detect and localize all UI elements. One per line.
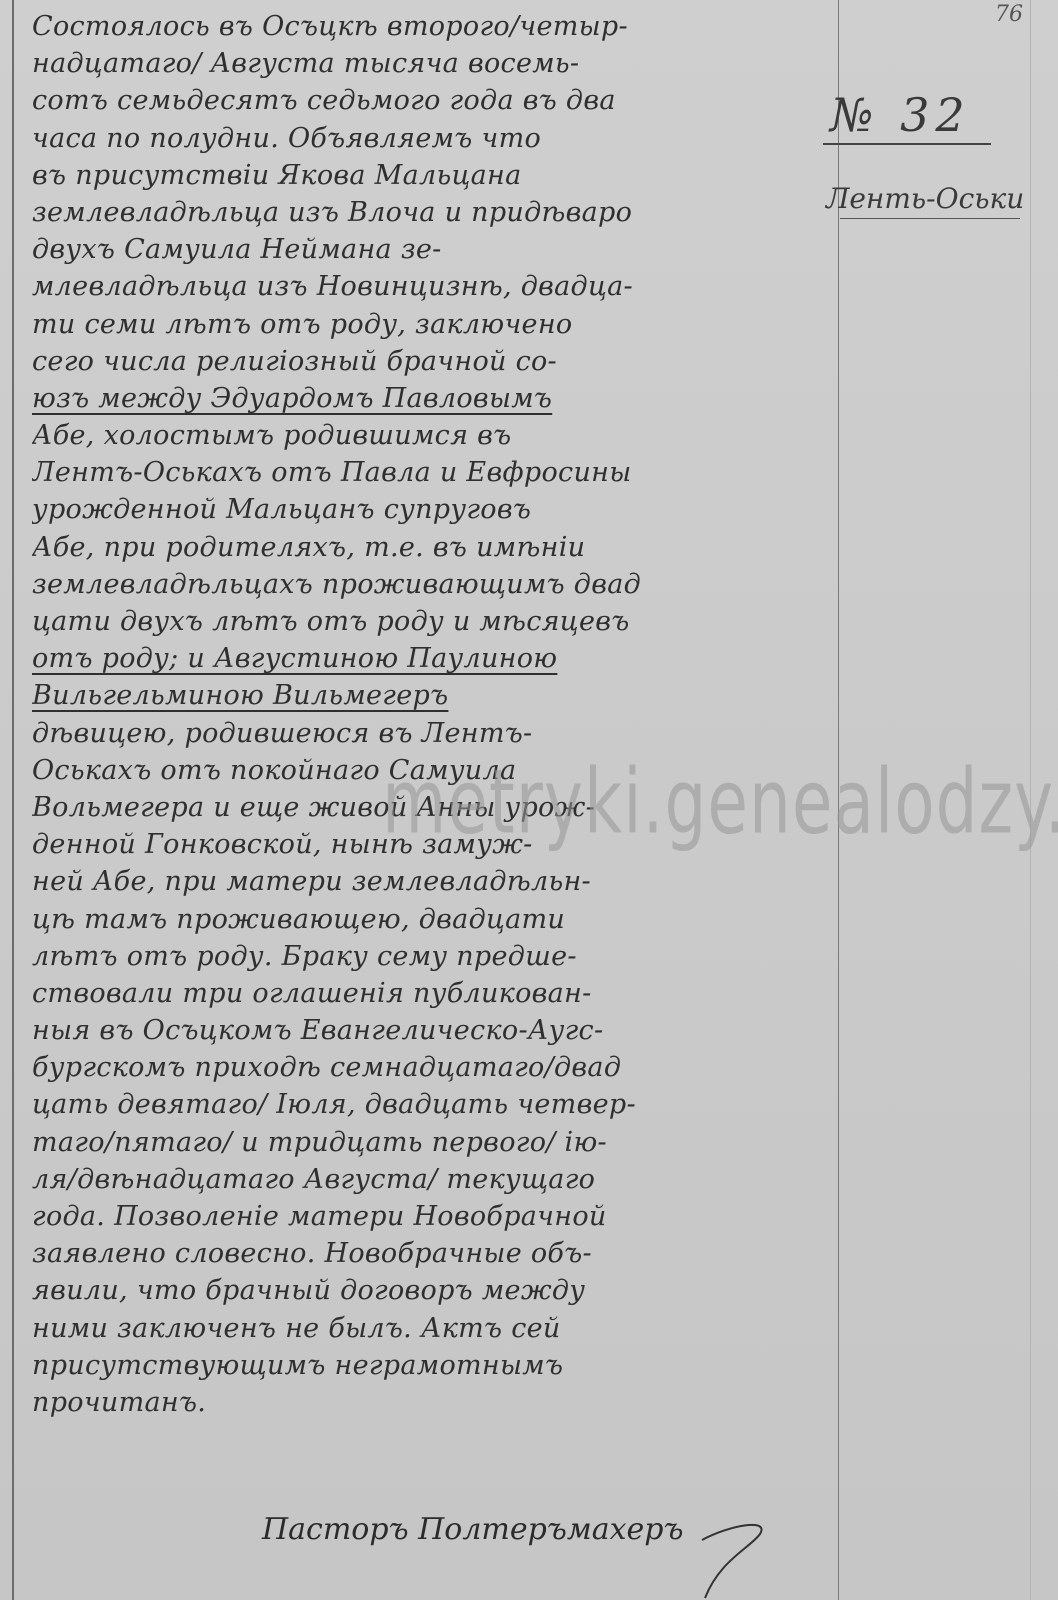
- text-line: прочитанъ.: [32, 1384, 832, 1421]
- text-line: явили, что брачный договоръ между: [32, 1272, 832, 1309]
- text-line: землевладѣльца изъ Влоча и придѣваро: [32, 194, 832, 231]
- text-line: года. Позволеніе матери Новобрачной: [32, 1198, 832, 1235]
- text-line: часа по полудни. Объявляемъ что: [32, 120, 832, 157]
- text-line: дѣвицею, родившеюся въ Лентъ-: [32, 715, 832, 752]
- text-line: землевладѣльцахъ проживающимъ двад: [32, 566, 832, 603]
- record-number-underline: [823, 143, 991, 145]
- text-line: ти семи лѣтъ отъ роду, заключено: [32, 306, 832, 343]
- text-line: цать девятаго/ Іюля, двадцать четвер-: [32, 1086, 832, 1123]
- text-line: сего числа религіозный брачной со-: [32, 343, 832, 380]
- text-line: ней Абе, при матери землевладѣльн-: [32, 863, 832, 900]
- text-line: цѣ тамъ проживающею, двадцати: [32, 901, 832, 938]
- record-number: № 32: [830, 88, 1000, 142]
- text-line: Состоялось въ Осъцкѣ второго/четыр-: [32, 8, 832, 45]
- text-line: въ присутствіи Якова Мальцана: [32, 157, 832, 194]
- text-line: Абе, при родителяхъ, т.е. въ имѣніи: [32, 529, 832, 566]
- text-line-groom-name: юзъ между Эдуардомъ Павловымъ: [32, 380, 832, 417]
- place-name-underline: [840, 218, 1020, 219]
- text-line: ствовали три оглашенія публикован-: [32, 975, 832, 1012]
- text-line: цати двухъ лѣтъ отъ роду и мѣсяцевъ: [32, 603, 832, 640]
- text-line: присутствующимъ неграмотнымъ: [32, 1347, 832, 1384]
- pastor-signature: Пасторъ Полтеръмахеръ: [262, 1512, 683, 1547]
- text-line: бургскомъ приходѣ семнадцатаго/двад: [32, 1049, 832, 1086]
- record-text: Состоялось въ Осъцкѣ второго/четыр- надц…: [32, 8, 832, 1421]
- text-line: заявлено словесно. Новобрачные объ-: [32, 1235, 832, 1272]
- binding-rule: [12, 0, 14, 1600]
- text-line: Абе, холостымъ родившимся въ: [32, 417, 832, 454]
- place-name: Ленть-Оськи: [826, 182, 1036, 215]
- watermark: metryki.genealodzy.pl: [382, 750, 1058, 854]
- text-line: надцатаго/ Августа тысяча восемь-: [32, 45, 832, 82]
- text-line: млевладѣльца изъ Новинцизнѣ, двадца-: [32, 268, 832, 305]
- text-line: двухъ Самуила Неймана зе-: [32, 231, 832, 268]
- signature-flourish-icon: [700, 1520, 800, 1600]
- text-line: Лентъ-Оськахъ отъ Павла и Евфросины: [32, 454, 832, 491]
- text-line-bride-name: отъ роду; и Августиною Паулиною: [32, 640, 832, 677]
- page-number: 76: [995, 2, 1023, 27]
- document-page: 76 № 32 Ленть-Оськи Состоялось въ Осъцкѣ…: [0, 0, 1058, 1600]
- text-line: ля/двѣнадцатаго Августа/ текущаго: [32, 1161, 832, 1198]
- text-line: таго/пятаго/ и тридцать первого/ ію-: [32, 1124, 832, 1161]
- text-line-bride-name: Вильгельминою Вильмегеръ: [32, 677, 832, 714]
- text-line: урожденной Мальцанъ супруговъ: [32, 491, 832, 528]
- text-line: сотъ семьдесятъ седьмого года въ два: [32, 82, 832, 119]
- text-line: ними заключенъ не былъ. Актъ сей: [32, 1310, 832, 1347]
- text-line: ныя въ Осъцкомъ Евангелическо-Аугс-: [32, 1012, 832, 1049]
- text-line: лѣтъ отъ роду. Браку сему предше-: [32, 938, 832, 975]
